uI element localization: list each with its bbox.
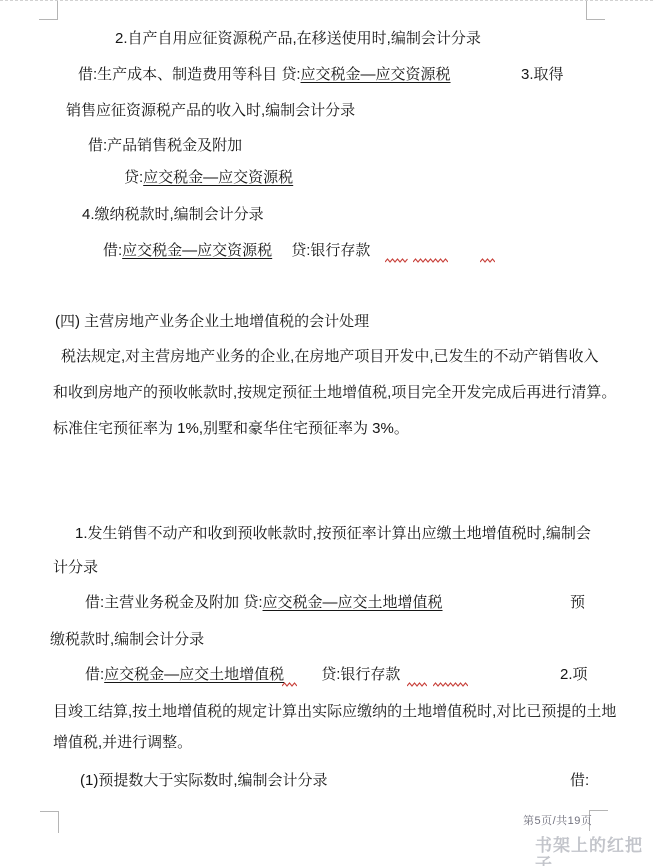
spellcheck-squiggle xyxy=(413,258,448,263)
crop-mark-top-left xyxy=(39,1,58,20)
spellcheck-squiggle xyxy=(385,258,408,263)
entry-text: 贷:银行存款 xyxy=(291,242,370,259)
doc-line-1: 2.自产自用应征资源税产品,在移送使用时,编制会计分录 xyxy=(115,29,481,48)
doc-line-9: 税法规定,对主营房地产业务的企业,在房地产项目开发中,已发生的不动产销售收入 xyxy=(61,347,599,366)
doc-line-13: 计分录 xyxy=(53,558,98,577)
doc-line-15: 缴税款时,编制会计分录 xyxy=(50,630,204,649)
doc-line-11: 标准住宅预征率为 1%,别墅和豪华住宅预征率为 3%。 xyxy=(53,419,409,438)
doc-line-14-right: 预 xyxy=(570,593,585,612)
crop-mark-bottom-left xyxy=(40,811,59,833)
spellcheck-squiggle xyxy=(480,258,495,263)
page-number: 第5页/共19页 xyxy=(523,812,592,831)
underlined-account-text: 应交税金—应交资源税 xyxy=(143,169,293,186)
doc-line-4: 借:产品销售税金及附加 xyxy=(88,136,242,155)
underlined-account-text: 应交税金—应交土地增值税 xyxy=(263,594,443,611)
doc-line-2-right: 3.取得 xyxy=(521,65,564,84)
doc-line-6: 4.缴纳税款时,编制会计分录 xyxy=(82,205,264,224)
doc-line-17: 目竣工结算,按土地增值税的规定计算出实际应缴纳的土地增值税时,对比已预提的土地 xyxy=(53,702,616,721)
doc-line-2: 借:生产成本、制造费用等科目 贷:应交税金—应交资源税 xyxy=(78,65,451,84)
doc-line-19: (1)预提数大于实际数时,编制会计分录 xyxy=(80,771,328,790)
entry-text: 贷: xyxy=(124,169,143,186)
doc-line-16: 借:应交税金—应交土地增值税贷:银行存款 xyxy=(85,665,400,684)
underlined-account-text: 应交税金—应交资源税 xyxy=(122,242,272,259)
section-heading: (四) 主营房地产业务企业土地增值税的会计处理 xyxy=(55,312,369,331)
doc-line-3: 销售应征资源税产品的收入时,编制会计分录 xyxy=(66,101,355,120)
crop-mark-top-right xyxy=(586,1,605,20)
entry-text: 借: xyxy=(85,666,104,683)
entry-text: 借:生产成本、制造费用等科目 贷: xyxy=(78,66,301,83)
doc-line-16-right: 2.项 xyxy=(560,665,588,684)
doc-line-7: 借:应交税金—应交资源税贷:银行存款 xyxy=(103,241,370,260)
spellcheck-squiggle xyxy=(282,682,297,687)
watermark-text: 书架上的红把子 xyxy=(535,836,653,866)
entry-text: 贷:银行存款 xyxy=(321,666,400,683)
entry-text: 借:主营业务税金及附加 贷: xyxy=(85,594,263,611)
entry-text: 借: xyxy=(103,242,122,259)
doc-line-19-right: 借: xyxy=(570,771,589,790)
spellcheck-squiggle xyxy=(433,682,468,687)
doc-line-18: 增值税,并进行调整。 xyxy=(53,733,192,752)
doc-line-14: 借:主营业务税金及附加 贷:应交税金—应交土地增值税 xyxy=(85,593,443,612)
underlined-account-text: 应交税金—应交资源税 xyxy=(301,66,451,83)
spellcheck-squiggle xyxy=(407,682,427,687)
doc-line-12: 1.发生销售不动产和收到预收帐款时,按预征率计算出应缴土地增值税时,编制会 xyxy=(75,524,591,543)
underlined-account-text: 应交税金—应交土地增值税 xyxy=(104,666,284,683)
document-page: 2.自产自用应征资源税产品,在移送使用时,编制会计分录 借:生产成本、制造费用等… xyxy=(0,0,653,866)
doc-line-10: 和收到房地产的预收帐款时,按规定预征土地增值税,项目完全开发完成后再进行清算。 xyxy=(53,383,616,402)
doc-line-5: 贷:应交税金—应交资源税 xyxy=(124,168,293,187)
